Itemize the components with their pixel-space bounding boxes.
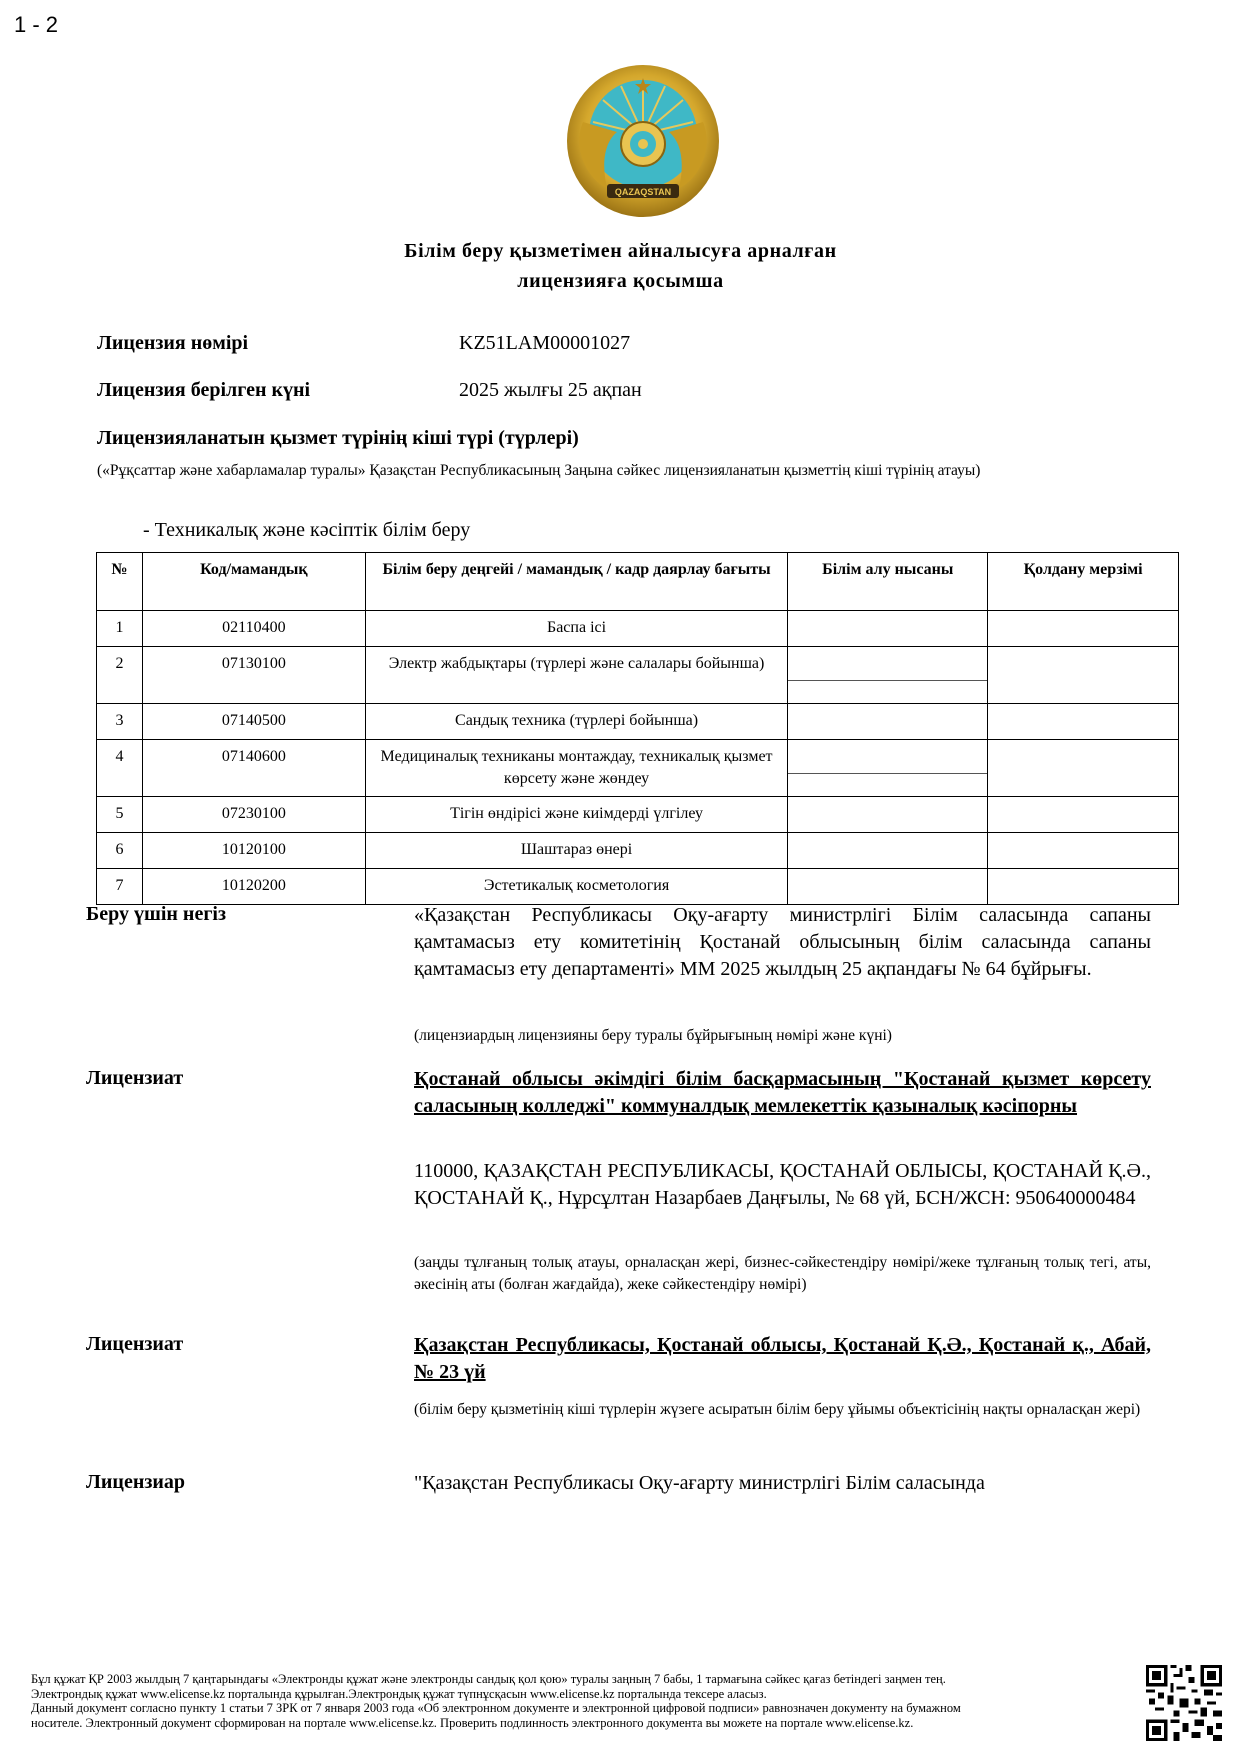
svg-text:QAZAQSTAN: QAZAQSTAN [615,187,671,197]
table-row: 3 07140500 Сандық техника (түрлері бойын… [97,704,1179,740]
license-number-value: KZ51LAM00001027 [459,332,630,355]
subtype-heading: Лицензияланатын қызмет түрінің кіші түрі… [97,427,579,450]
table-header-row: № Код/мамандық Білім беру деңгейі / мама… [97,553,1179,611]
table-row: 1 02110400 Баспа ісі [97,611,1179,647]
qr-code-icon[interactable] [1146,1665,1222,1741]
activity-subtype: - Техникалық және кәсіптік білім беру [143,519,470,542]
license-date-label: Лицензия берілген күні [97,379,310,402]
licensee-name: Қостанай облысы әкімдігі білім басқармас… [414,1066,1151,1120]
location-note: (білім беру қызметінің кіші түрлерін жүз… [414,1399,1151,1421]
license-number-label: Лицензия нөмірі [97,332,248,355]
location-label: Лицензиат [86,1333,183,1356]
table-row: 2 07130100 Электр жабдықтары (түрлері жә… [97,647,1179,704]
header-num: № [97,553,143,611]
license-date-value: 2025 жылғы 25 ақпан [459,379,642,402]
table-row: 7 10120200 Эстетикалық косметология [97,869,1179,905]
licensor-label: Лицензиар [86,1471,185,1494]
licensee-label: Лицензиат [86,1067,183,1090]
table-row: 6 10120100 Шаштараз өнері [97,833,1179,869]
header-term: Қолдану мерзімі [988,553,1179,611]
basis-text: «Қазақстан Республикасы Оқу-ағарту минис… [414,902,1151,983]
specialties-table: № Код/мамандық Білім беру деңгейі / мама… [96,552,1179,905]
table-row: 4 07140600 Медициналық техниканы монтажд… [97,740,1179,797]
subtype-note: («Рұқсаттар және хабарламалар туралы» Қа… [97,460,1147,481]
legal-footer: Бұл құжат ҚР 2003 жылдың 7 қаңтарындағы … [31,1672,1131,1730]
basis-note: (лицензиардың лицензияны беру туралы бұй… [414,1025,1151,1047]
table-row: 5 07230100 Тігін өндірісі және киімдерді… [97,797,1179,833]
header-code: Код/мамандық [142,553,365,611]
licensee-address: 110000, ҚАЗАҚСТАН РЕСПУБЛИКАСЫ, ҚОСТАНАЙ… [414,1158,1151,1212]
basis-label: Беру үшін негіз [86,903,226,926]
location-address: Қазақстан Республикасы, Қостанай облысы,… [414,1332,1151,1386]
page-indicator: 1 - 2 [14,12,58,38]
header-specialty: Білім беру деңгейі / мамандық / кадр дая… [365,553,788,611]
licensor-text: "Қазақстан Республикасы Оқу-ағарту минис… [414,1470,1151,1497]
licensee-note: (заңды тұлғаның толық атауы, орналасқан … [414,1252,1151,1296]
header-form: Білім алу нысаны [788,553,988,611]
kazakhstan-state-emblem-icon: QAZAQSTAN [561,62,725,220]
document-title: Білім беру қызметімен айналысуға арналға… [0,236,1241,296]
